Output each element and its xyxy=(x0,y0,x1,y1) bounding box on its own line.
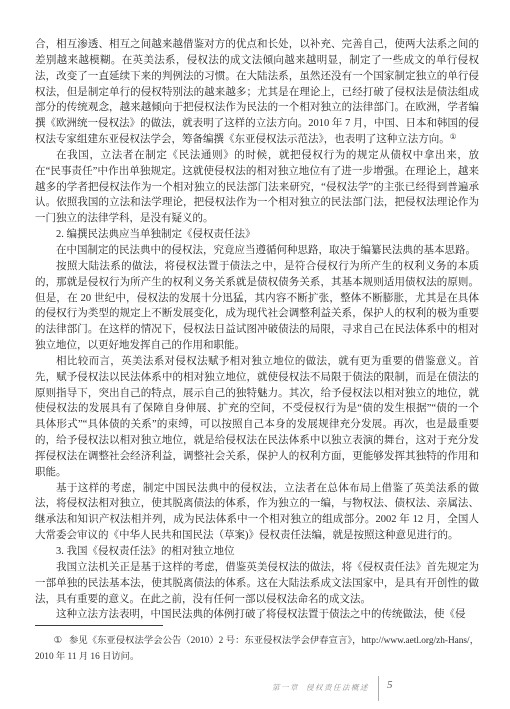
body-text: 合，相互渗透、相互之间越来越借鉴对方的优点和长处，以补充、完善自己，使两大法系之… xyxy=(35,37,479,626)
paragraph: 在我国，立法者在制定《民法通则》的时候，就把侵权行为的规定从债权中拿出来，放在“… xyxy=(35,148,479,227)
footnote-area: ①参见《东亚侵权法学会公告（2010）2 号：东亚侵权法学会伊春宣言》，http… xyxy=(35,625,479,665)
paragraph: 相比较而言，英美法系对侵权法赋予相对独立地位的做法，就有更为重要的借鉴意义。首先… xyxy=(35,354,479,481)
paragraph: 在中国制定的民法典中的侵权法，究竟应当遵循何种思路，取决于编纂民法典的基本思路。 xyxy=(35,243,479,259)
footnote-ref-marker: ① xyxy=(450,132,457,141)
footnote-separator xyxy=(35,625,163,626)
footnote: ①参见《东亚侵权法学会公告（2010）2 号：东亚侵权法学会伊春宣言》，http… xyxy=(35,634,479,665)
paragraph-continuation: 合，相互渗透、相互之间越来越借鉴对方的优点和长处，以补充、完善自己，使两大法系之… xyxy=(35,37,479,148)
chapter-title: 侵权责任法概述 xyxy=(306,676,369,693)
page-footer: 第一章 侵权责任法概述 5 xyxy=(272,676,393,701)
paragraph: 这种立法方法表明，中国民法典的体例打破了将侵权法置于债法之中的传统做法，使《侵 xyxy=(35,607,479,623)
footnote-text: 参见《东亚侵权法学会公告（2010）2 号：东亚侵权法学会伊春宣言》，http:… xyxy=(35,636,479,662)
section-heading-2: 2. 编撰民法典应当单独制定《侵权责任法》 xyxy=(35,227,479,243)
page-number: 5 xyxy=(387,676,393,691)
footer-divider xyxy=(378,676,379,701)
section-heading-3: 3. 我国《侵权责任法》的相对独立地位 xyxy=(35,544,479,560)
paragraph-text: 合，相互渗透、相互之间越来越借鉴对方的优点和长处，以补充、完善自己，使两大法系之… xyxy=(35,39,479,145)
footnote-marker: ① xyxy=(54,636,62,646)
book-page: 合，相互渗透、相互之间越来越借鉴对方的优点和长处，以补充、完善自己，使两大法系之… xyxy=(0,0,510,709)
paragraph: 基于这样的考虑，制定中国民法典中的侵权法，立法者在总体布局上借鉴了英美法系的做法… xyxy=(35,481,479,544)
chapter-label: 第一章 xyxy=(272,676,299,693)
paragraph: 我国立法机关正是基于这样的考虑，借鉴英美侵权法的做法，将《侵权责任法》首先规定为… xyxy=(35,560,479,608)
paragraph: 按照大陆法系的做法，将侵权法置于债法之中，是符合侵权行为所产生的权利义务的本质的… xyxy=(35,259,479,354)
